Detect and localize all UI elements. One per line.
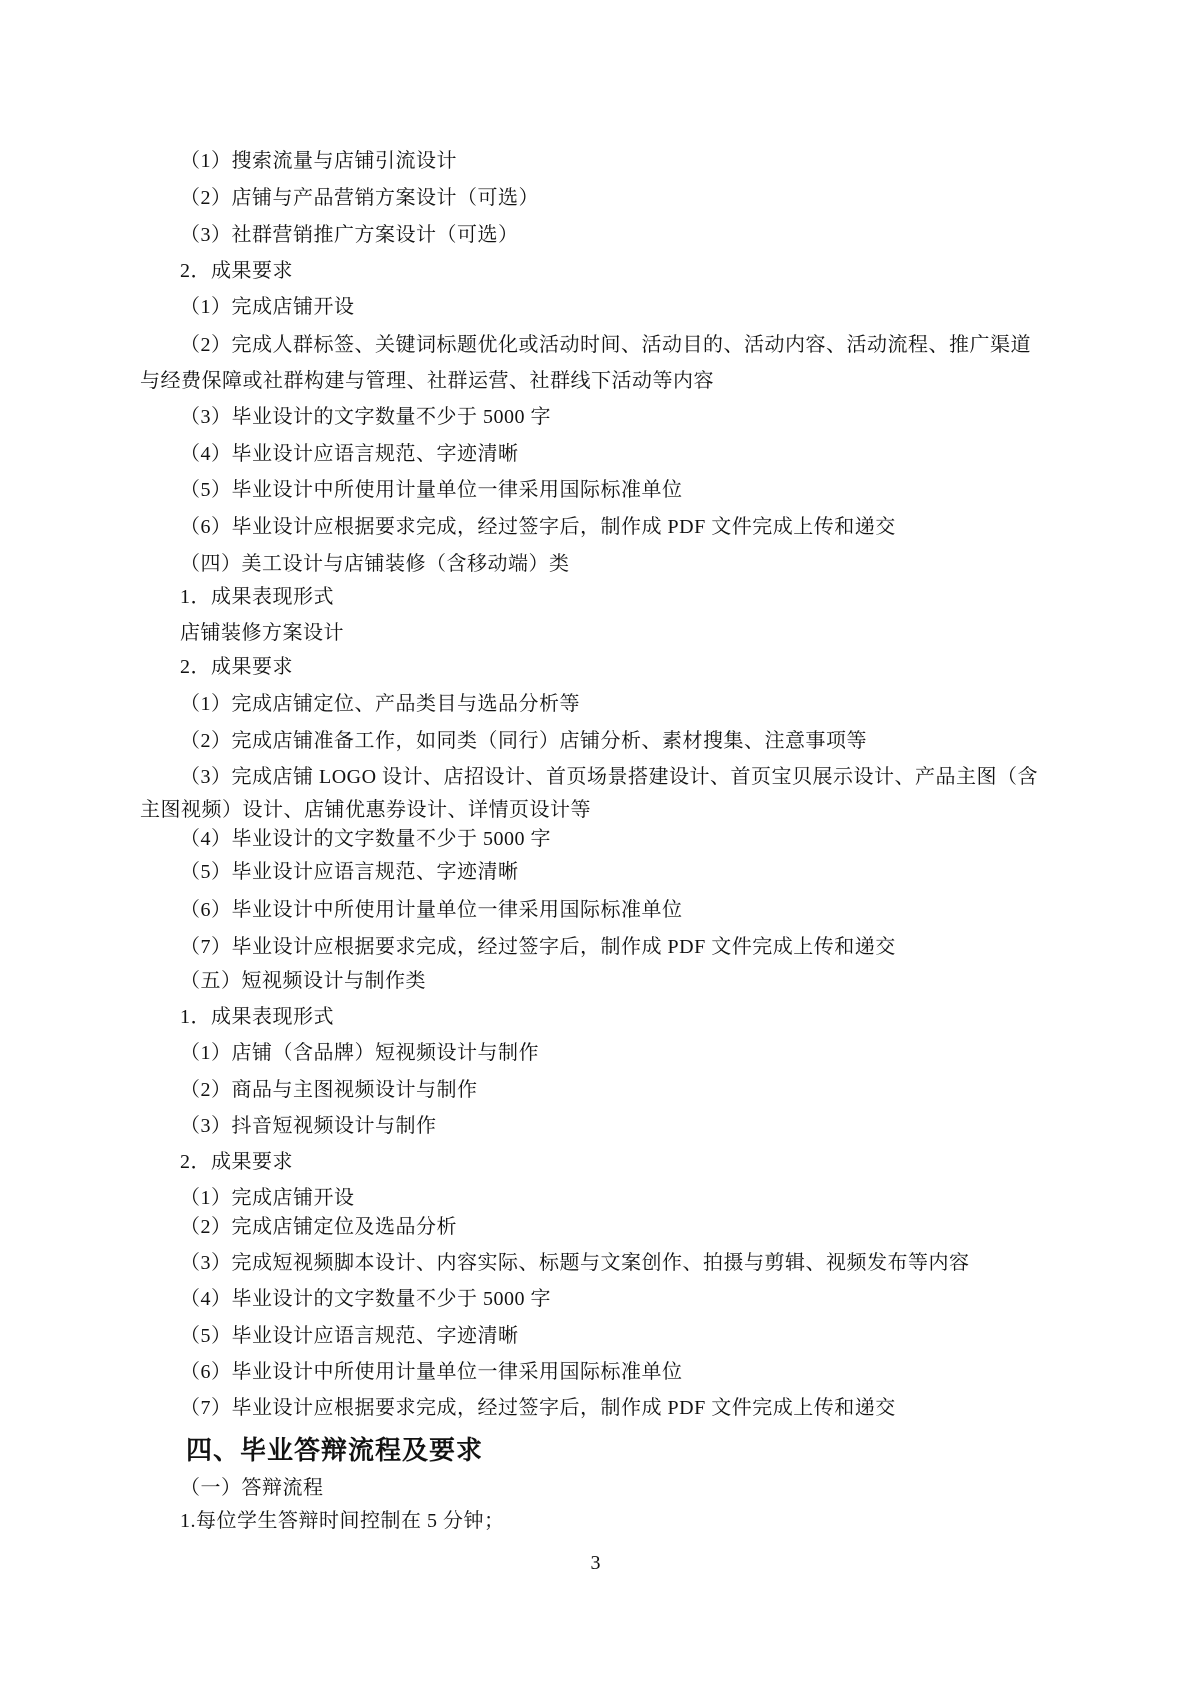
document-page: （1）搜索流量与店铺引流设计 （2）店铺与产品营销方案设计（可选） （3）社群营… [0, 0, 1191, 1684]
list-item: （4）毕业设计的文字数量不少于 5000 字 [140, 1281, 1140, 1317]
list-item: 1.每位学生答辩时间控制在 5 分钟； [140, 1503, 1140, 1539]
paragraph: 店铺装修方案设计 [140, 615, 1140, 651]
list-item: （7）毕业设计应根据要求完成，经过签字后，制作成 PDF 文件完成上传和递交 [140, 929, 1140, 965]
section-heading: 四、毕业答辩流程及要求 [140, 1429, 1146, 1471]
list-item: （2）店铺与产品营销方案设计（可选） [140, 180, 1140, 216]
list-item: （5）毕业设计应语言规范、字迹清晰 [140, 854, 1140, 890]
list-item: （2）完成店铺准备工作，如同类（同行）店铺分析、素材搜集、注意事项等 [140, 723, 1140, 759]
section-subheading: （四）美工设计与店铺装修（含移动端）类 [140, 546, 1140, 582]
list-item: （5）毕业设计中所使用计量单位一律采用国际标准单位 [140, 472, 1140, 508]
list-item: （1）店铺（含品牌）短视频设计与制作 [140, 1035, 1140, 1071]
list-item: （2）完成店铺定位及选品分析 [140, 1209, 1140, 1245]
list-item: （3）抖音短视频设计与制作 [140, 1108, 1140, 1144]
list-item: （6）毕业设计中所使用计量单位一律采用国际标准单位 [140, 892, 1140, 928]
list-item: （3）毕业设计的文字数量不少于 5000 字 [140, 399, 1140, 435]
list-item: （1）完成店铺定位、产品类目与选品分析等 [140, 686, 1140, 722]
list-item: （6）毕业设计应根据要求完成，经过签字后，制作成 PDF 文件完成上传和递交 [140, 509, 1140, 545]
list-item: （2）完成人群标签、关键词标题优化或活动时间、活动目的、活动内容、活动流程、推广… [140, 327, 1140, 363]
numbered-subheading: 1．成果表现形式 [140, 999, 1140, 1035]
numbered-subheading: 2．成果要求 [140, 1144, 1140, 1180]
list-item: （4）毕业设计的文字数量不少于 5000 字 [140, 821, 1140, 857]
list-item: （1）搜索流量与店铺引流设计 [140, 143, 1140, 179]
list-item: （6）毕业设计中所使用计量单位一律采用国际标准单位 [140, 1354, 1140, 1390]
page-number: 3 [0, 1545, 1191, 1581]
list-item: （4）毕业设计应语言规范、字迹清晰 [140, 436, 1140, 472]
numbered-subheading: 2．成果要求 [140, 253, 1140, 289]
list-item: （2）商品与主图视频设计与制作 [140, 1072, 1140, 1108]
list-item: （3）完成店铺 LOGO 设计、店招设计、首页场景搭建设计、首页宝贝展示设计、产… [140, 759, 1140, 795]
list-item: （5）毕业设计应语言规范、字迹清晰 [140, 1318, 1140, 1354]
numbered-subheading: 2．成果要求 [140, 649, 1140, 685]
list-item: （3）社群营销推广方案设计（可选） [140, 217, 1140, 253]
numbered-subheading: 1．成果表现形式 [140, 579, 1140, 615]
list-item-wrap: 与经费保障或社群构建与管理、社群运营、社群线下活动等内容 [140, 363, 1100, 399]
list-item: （7）毕业设计应根据要求完成，经过签字后，制作成 PDF 文件完成上传和递交 [140, 1390, 1140, 1426]
section-subheading: （一）答辩流程 [140, 1470, 1140, 1506]
list-item: （1）完成店铺开设 [140, 289, 1140, 325]
list-item: （3）完成短视频脚本设计、内容实际、标题与文案创作、拍摄与剪辑、视频发布等内容 [140, 1245, 1140, 1281]
section-subheading: （五）短视频设计与制作类 [140, 963, 1140, 999]
